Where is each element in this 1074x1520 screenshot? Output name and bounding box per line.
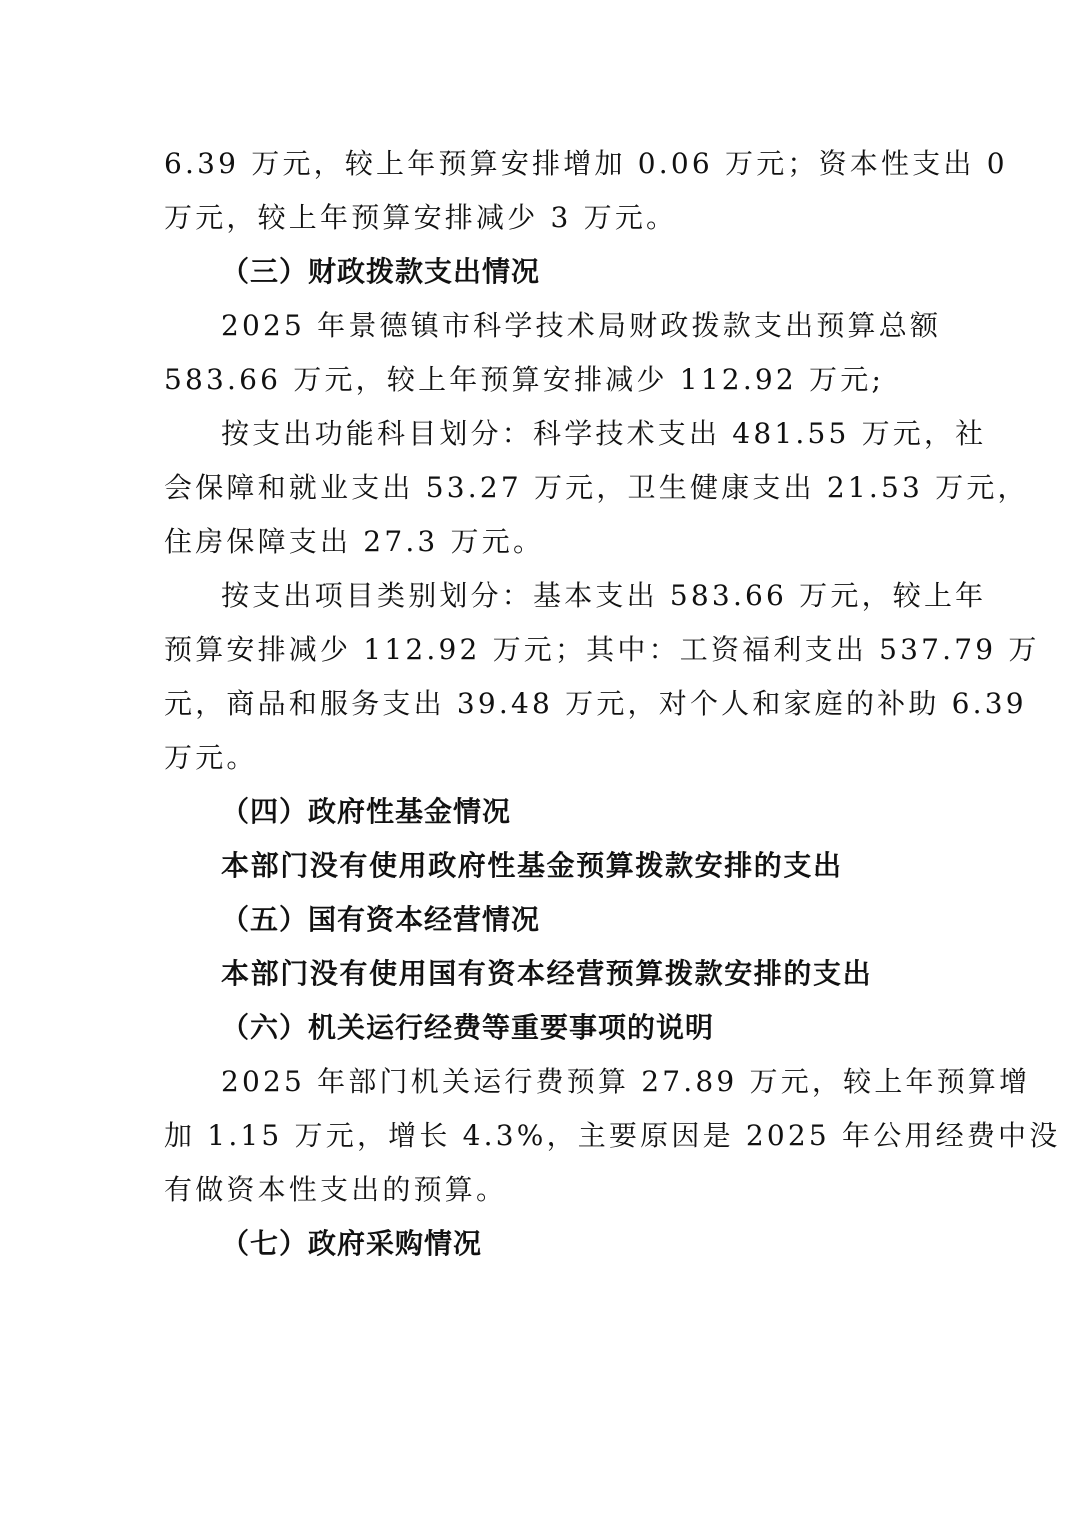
section-heading-7: （七）政府采购情况 — [221, 1224, 482, 1264]
paragraph-line: 住房保障支出 27.3 万元。 — [164, 522, 544, 562]
section-heading-6: （六）机关运行经费等重要事项的说明 — [221, 1008, 714, 1048]
paragraph-line: 元，商品和服务支出 39.48 万元，对个人和家庭的补助 6.39 — [164, 684, 1027, 724]
paragraph-line: 2025 年部门机关运行费预算 27.89 万元，较上年预算增 — [221, 1062, 1030, 1102]
paragraph-line: 有做资本性支出的预算。 — [164, 1170, 507, 1210]
paragraph-line: 6.39 万元，较上年预算安排增加 0.06 万元；资本性支出 0 — [164, 144, 1008, 184]
paragraph-line: 按支出项目类别划分：基本支出 583.66 万元，较上年 — [221, 576, 986, 616]
document-page: 6.39 万元，较上年预算安排增加 0.06 万元；资本性支出 0 万元，较上年… — [0, 0, 1074, 1520]
section-heading-3: （三）财政拨款支出情况 — [221, 252, 540, 292]
capital-note: 本部门没有使用国有资本经营预算拨款安排的支出 — [221, 954, 872, 994]
paragraph-line: 加 1.15 万元，增长 4.3%，主要原因是 2025 年公用经费中没 — [164, 1116, 1060, 1156]
paragraph-line: 2025 年景德镇市科学技术局财政拨款支出预算总额 — [221, 306, 941, 346]
fund-note: 本部门没有使用政府性基金预算拨款安排的支出 — [221, 846, 843, 886]
section-heading-4: （四）政府性基金情况 — [221, 792, 511, 832]
paragraph-line: 583.66 万元，较上年预算安排减少 112.92 万元; — [164, 360, 884, 400]
paragraph-line: 万元。 — [164, 738, 258, 778]
paragraph-line: 按支出功能科目划分：科学技术支出 481.55 万元，社 — [221, 414, 986, 454]
paragraph-line: 预算安排减少 112.92 万元；其中：工资福利支出 537.79 万 — [164, 630, 1040, 670]
section-heading-5: （五）国有资本经营情况 — [221, 900, 540, 940]
paragraph-line: 会保障和就业支出 53.27 万元，卫生健康支出 21.53 万元， — [164, 468, 1029, 508]
paragraph-line: 万元，较上年预算安排减少 3 万元。 — [164, 198, 677, 238]
